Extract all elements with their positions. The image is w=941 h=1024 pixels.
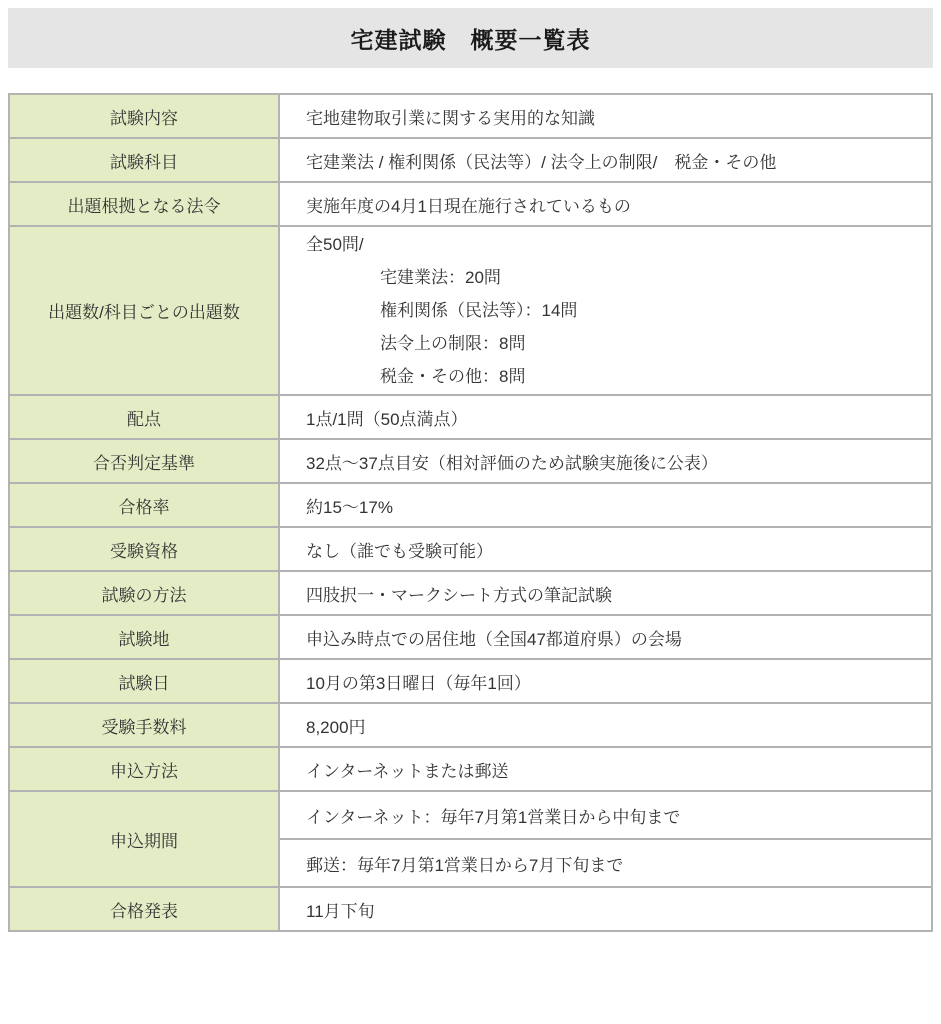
table-row: 出題数/科目ごとの出題数 全50問/ 宅建業法：20問 権利関係（民法等）：14… — [9, 226, 932, 395]
question-count-item: 権利関係（民法等）：14問 — [280, 294, 931, 327]
row-label: 試験地 — [9, 615, 279, 659]
table-row: 申込方法 インターネットまたは郵送 — [9, 747, 932, 791]
row-label: 受験手数料 — [9, 703, 279, 747]
table-row: 受験資格 なし（誰でも受験可能） — [9, 527, 932, 571]
question-count-item: 法令上の制限：8問 — [280, 327, 931, 360]
row-value: なし（誰でも受験可能） — [279, 527, 932, 571]
row-value: 11月下旬 — [279, 887, 932, 931]
table-row: 出題根拠となる法令 実施年度の4月1日現在施行されているもの — [9, 182, 932, 226]
row-label: 試験内容 — [9, 94, 279, 138]
page-title: 宅建試験 概要一覧表 — [351, 22, 591, 55]
row-value-internet: インターネット：毎年7月第1営業日から中旬まで — [279, 791, 932, 839]
table-row: 試験科目 宅建業法 / 権利関係（民法等）/ 法令上の制限/ 税金・その他 — [9, 138, 932, 182]
row-value: 宅地建物取引業に関する実用的な知識 — [279, 94, 932, 138]
row-value: 10月の第3日曜日（毎年1回） — [279, 659, 932, 703]
row-value: 32点〜37点目安（相対評価のため試験実施後に公表） — [279, 439, 932, 483]
table-row: 試験地 申込み時点での居住地（全国47都道府県）の会場 — [9, 615, 932, 659]
row-label: 合否判定基準 — [9, 439, 279, 483]
table-row: 合否判定基準 32点〜37点目安（相対評価のため試験実施後に公表） — [9, 439, 932, 483]
row-value: 申込み時点での居住地（全国47都道府県）の会場 — [279, 615, 932, 659]
table-row: 試験日 10月の第3日曜日（毎年1回） — [9, 659, 932, 703]
row-value: 全50問/ 宅建業法：20問 権利関係（民法等）：14問 法令上の制限：8問 税… — [279, 226, 932, 395]
row-value: 1点/1問（50点満点） — [279, 395, 932, 439]
question-count-item: 税金・その他：8問 — [280, 360, 931, 393]
row-value-mail: 郵送：毎年7月第1営業日から7月下旬まで — [279, 839, 932, 887]
row-label: 申込方法 — [9, 747, 279, 791]
table-row: 合格発表 11月下旬 — [9, 887, 932, 931]
row-label: 合格発表 — [9, 887, 279, 931]
row-label: 試験科目 — [9, 138, 279, 182]
table-row: 申込期間 インターネット：毎年7月第1営業日から中旬まで — [9, 791, 932, 839]
row-value: 実施年度の4月1日現在施行されているもの — [279, 182, 932, 226]
table-row: 受験手数料 8,200円 — [9, 703, 932, 747]
row-label: 試験の方法 — [9, 571, 279, 615]
row-label: 受験資格 — [9, 527, 279, 571]
row-value: 8,200円 — [279, 703, 932, 747]
row-label: 出題数/科目ごとの出題数 — [9, 226, 279, 395]
row-value: インターネットまたは郵送 — [279, 747, 932, 791]
row-value: 約15〜17% — [279, 483, 932, 527]
row-label: 配点 — [9, 395, 279, 439]
table-row: 試験の方法 四肢択一・マークシート方式の筆記試験 — [9, 571, 932, 615]
row-label: 合格率 — [9, 483, 279, 527]
question-count-item: 宅建業法：20問 — [280, 261, 931, 294]
question-count-total: 全50問/ — [280, 228, 931, 261]
table-row: 試験内容 宅地建物取引業に関する実用的な知識 — [9, 94, 932, 138]
row-value: 四肢択一・マークシート方式の筆記試験 — [279, 571, 932, 615]
table-row: 合格率 約15〜17% — [9, 483, 932, 527]
row-label: 試験日 — [9, 659, 279, 703]
exam-overview-table: 試験内容 宅地建物取引業に関する実用的な知識 試験科目 宅建業法 / 権利関係（… — [8, 93, 933, 932]
row-label: 出題根拠となる法令 — [9, 182, 279, 226]
page-title-bar: 宅建試験 概要一覧表 — [8, 8, 933, 68]
row-value: 宅建業法 / 権利関係（民法等）/ 法令上の制限/ 税金・その他 — [279, 138, 932, 182]
table-row: 配点 1点/1問（50点満点） — [9, 395, 932, 439]
row-label: 申込期間 — [9, 791, 279, 887]
